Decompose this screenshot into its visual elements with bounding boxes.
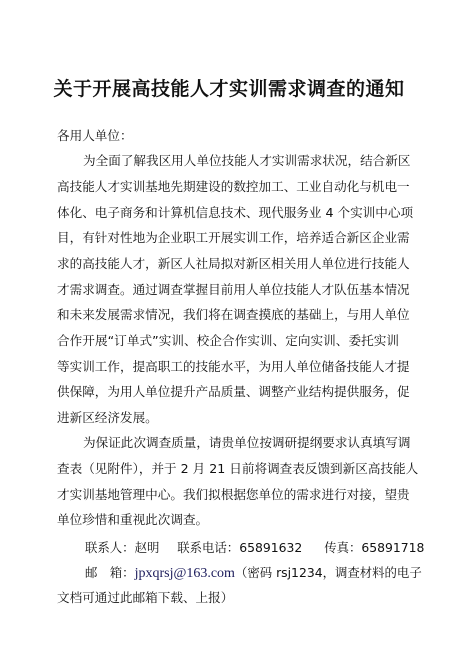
paragraph-line: 求的高技能人才，新区人社局拟对新区相关用人单位进行技能人 <box>57 256 399 272</box>
email-note: （密码 rsj1234，调查材料的电子 <box>235 565 422 580</box>
paragraph-line: 合作开展“订单式”实训、校企合作实训、定向实训、委托实训 <box>57 333 399 349</box>
paragraph-line: 才实训基地管理中心。我们拟根据您单位的需求进行对接，望贵 <box>57 487 399 503</box>
paragraph-line: 等实训工作，提高职工的技能水平，为用人单位储备技能人才提 <box>57 359 399 375</box>
paragraph-line: 体化、电子商务和计算机信息技术、现代服务业 4 个实训中心项 <box>57 205 399 221</box>
paragraph-line: 为保证此次调查质量，请贵单位按调研提纲要求认真填写调 <box>83 435 399 451</box>
paragraph-line: 目，有针对性地为企业职工开展实训工作，培养适合新区企业需 <box>57 230 399 246</box>
document-title: 关于开展高技能人才实训需求调查的通知 <box>0 74 458 101</box>
contact-fax: 65891718 <box>361 540 424 555</box>
email-label: 邮 箱： <box>85 565 135 580</box>
contact-person-label: 联系人： <box>85 540 135 555</box>
paragraph-line: 查表（见附件），并于 2 月 21 日前将调查表反馈到新区高技能人 <box>57 461 399 477</box>
paragraph-line: 才需求调查。通过调查掌握目前用人单位技能人才队伍基本情况 <box>57 282 399 298</box>
email-link[interactable]: jpxqrsj@163.com <box>135 566 235 581</box>
contact-phone: 65891632 <box>239 540 302 555</box>
paragraph-line: 和未来发展需求情况，我们将在调查摸底的基础上，与用人单位 <box>57 307 399 323</box>
contact-fax-label: 传真： <box>324 540 361 555</box>
email-line: 邮 箱：jpxqrsj@163.com（密码 rsj1234，调查材料的电子 <box>85 565 422 582</box>
email-note-continued: 文档可通过此邮箱下载、上报） <box>57 590 399 606</box>
paragraph-line: 供保障，为用人单位提升产品质量、调整产业结构提供服务，促 <box>57 384 399 400</box>
paragraph-line: 单位珍惜和重视此次调查。 <box>57 512 399 528</box>
salutation: 各用人单位： <box>57 128 399 144</box>
paragraph-line: 为全面了解我区用人单位技能人才实训需求状况，结合新区 <box>83 153 399 169</box>
paragraph-line: 高技能人才实训基地先期建设的数控加工、工业自动化与机电一 <box>57 179 399 195</box>
contact-phone-label: 联系电话： <box>177 540 239 555</box>
paragraph-line: 进新区经济发展。 <box>57 410 399 426</box>
contact-person: 赵明 <box>135 540 160 555</box>
contact-line: 联系人：赵明 联系电话：65891632 传真：65891718 <box>85 540 424 556</box>
